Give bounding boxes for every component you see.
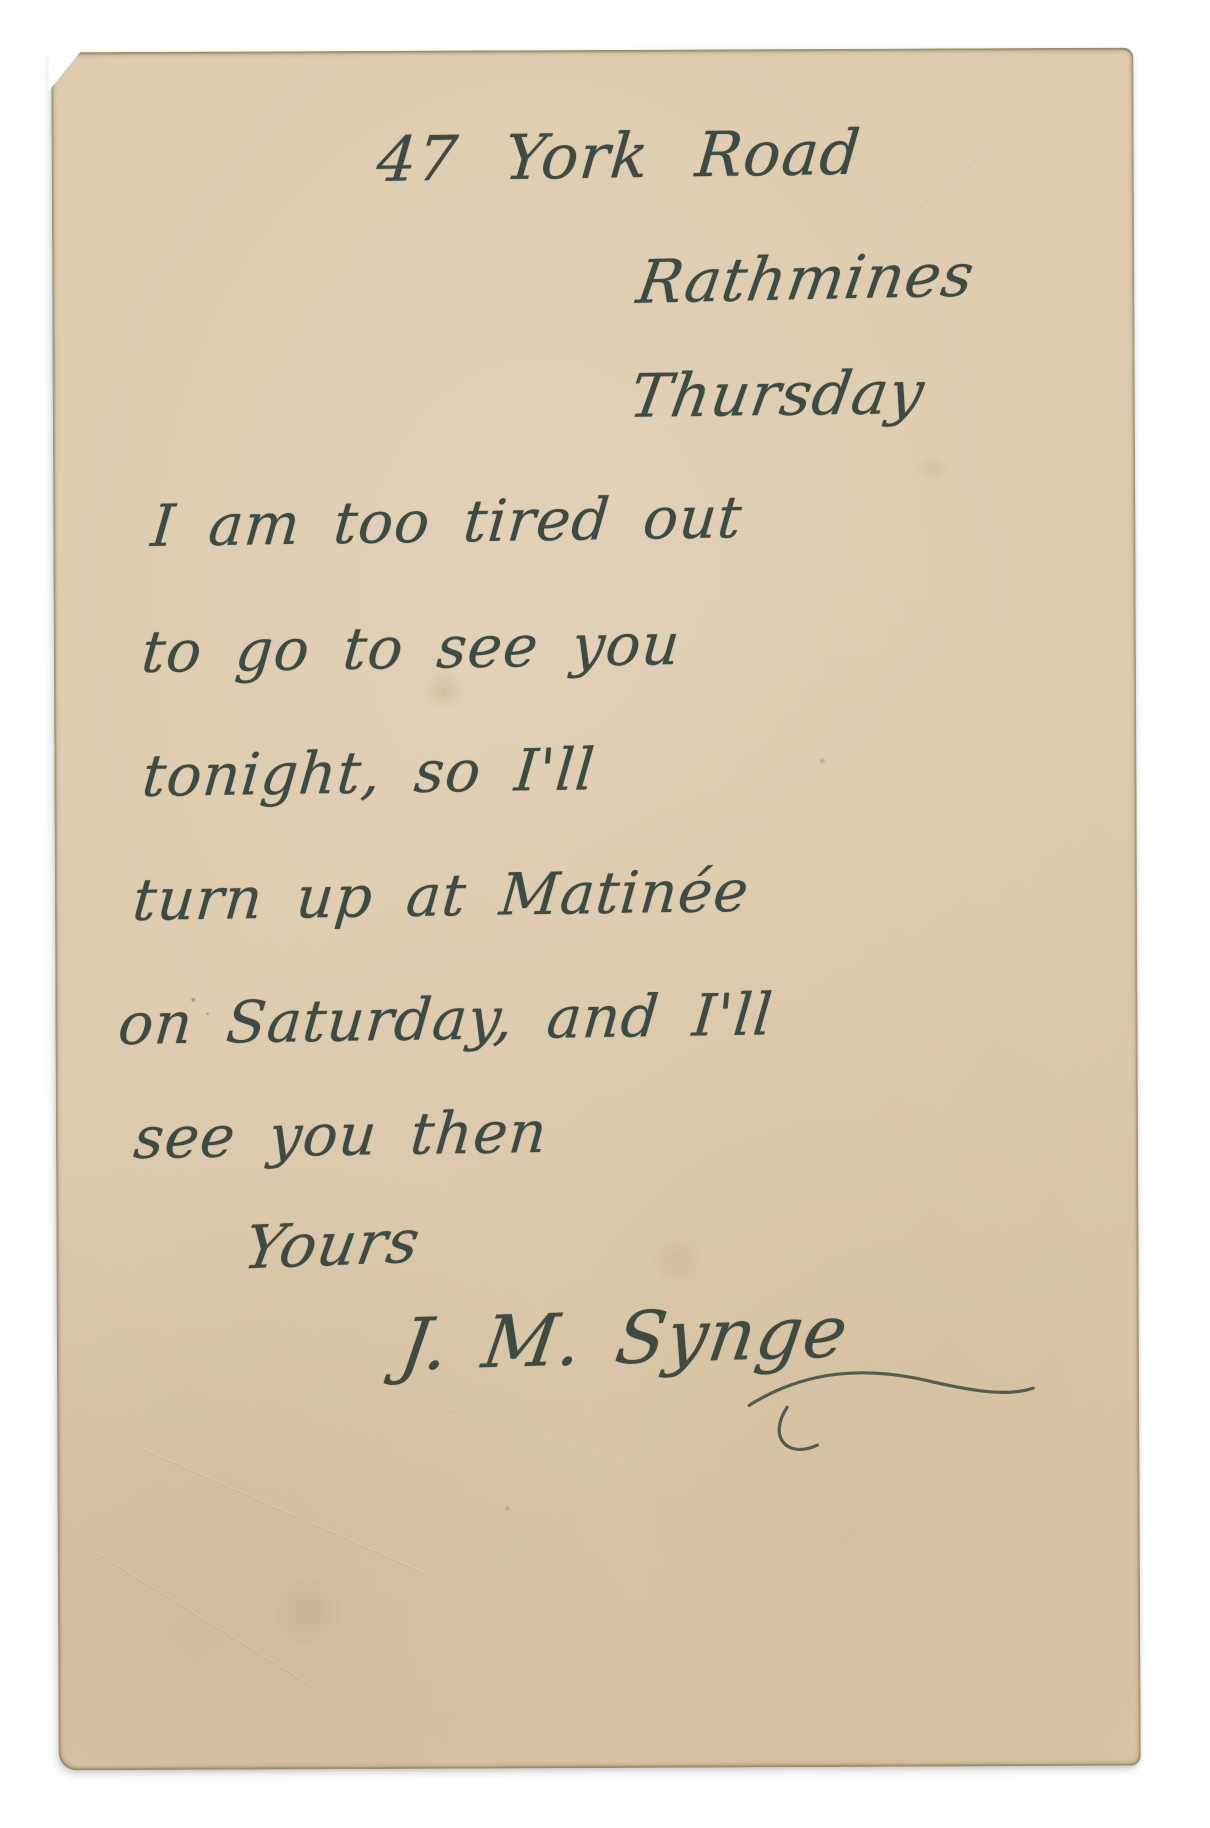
postcard: 47 York Road Rathmines Thursday I am too… [51,48,1140,1771]
paper-crease [131,1443,425,1574]
address-line-2: Rathmines [632,240,979,317]
scan-background: 47 York Road Rathmines Thursday I am too… [0,0,1210,1828]
signature-flourish [747,1366,1037,1457]
letter-line: I am too tired out [148,483,745,560]
date-line: Thursday [625,358,930,432]
letter-line: turn up at Matinée [130,857,752,934]
address-line-1: 47 York Road [374,116,864,196]
closing-line: Yours [239,1207,426,1284]
paper-crease [96,1552,310,1685]
letter-line: see you then [131,1098,550,1172]
paper-crease [879,98,1048,242]
letter-line: tonight, so I'll [140,735,598,810]
letter-line: on Saturday, and I'll [116,980,776,1058]
corner-chamfer [48,49,82,91]
paper-crease [443,1407,691,1488]
letter-line: to go to see you [139,610,683,686]
signature: J. M. Synge [395,1289,854,1387]
